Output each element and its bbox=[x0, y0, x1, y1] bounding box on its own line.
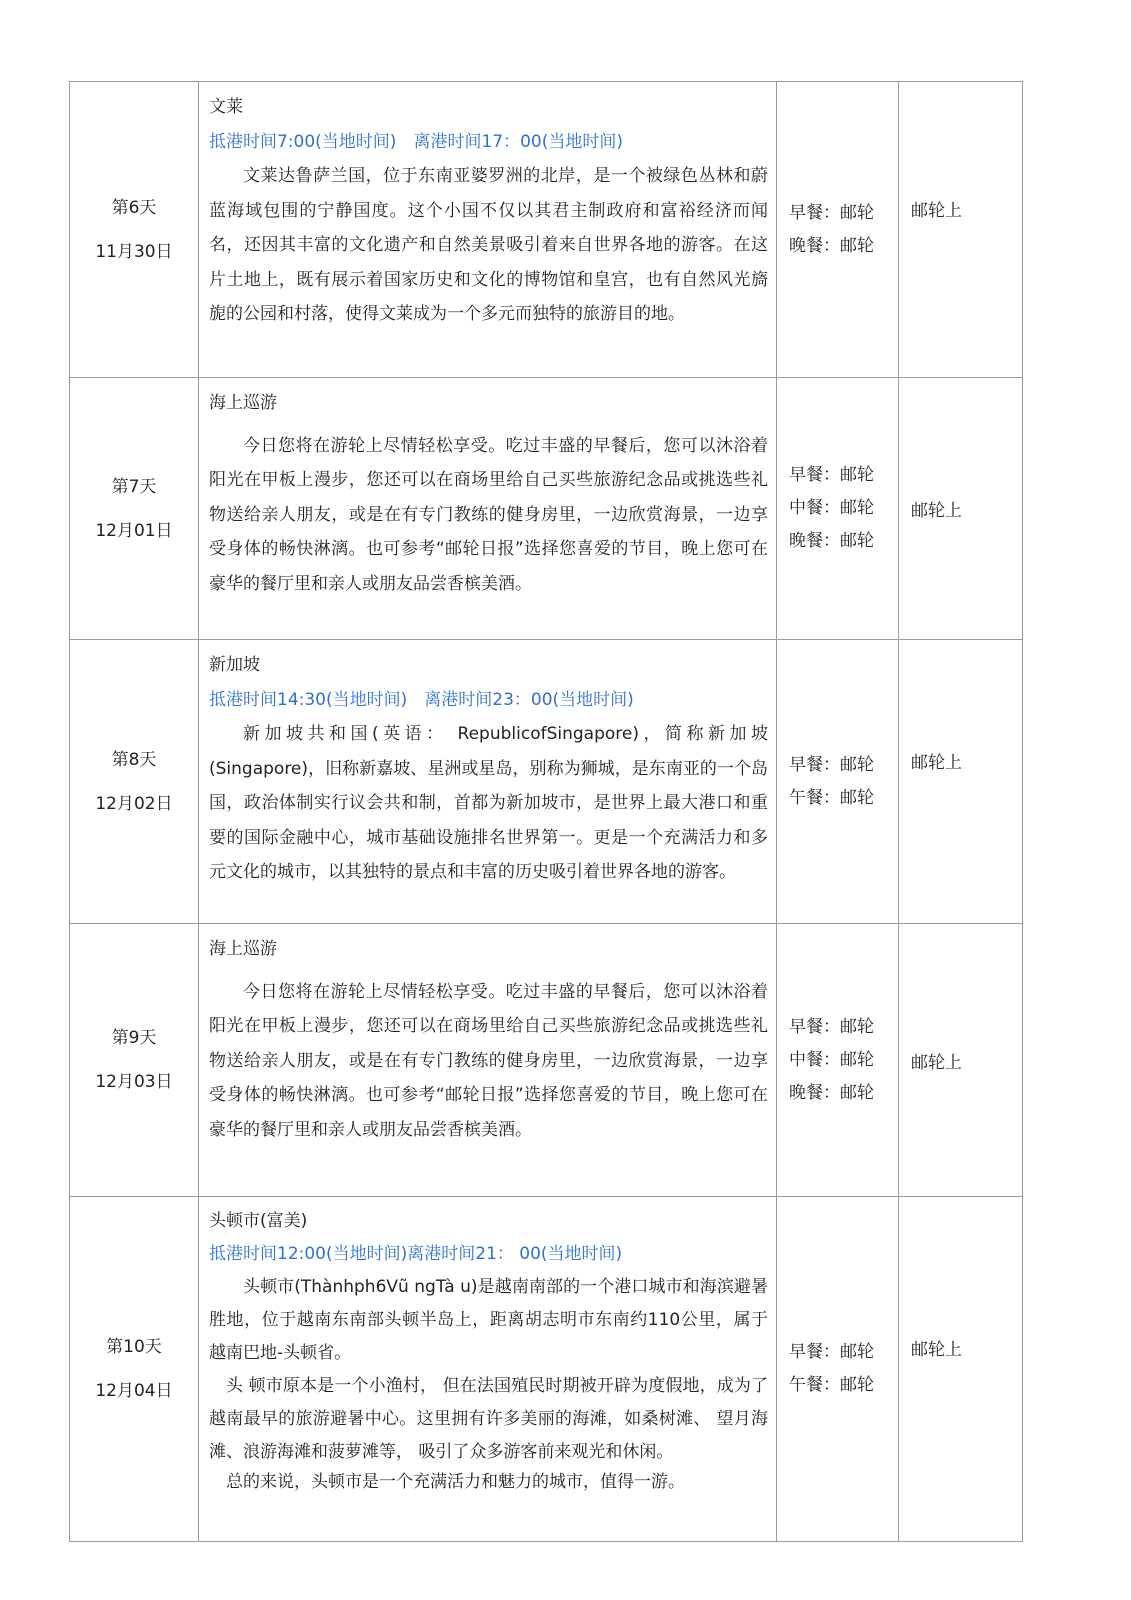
day-label: 第6天 bbox=[70, 186, 198, 230]
meals-cell: 早餐：邮轮 中餐：邮轮 晚餐：邮轮 bbox=[777, 378, 899, 640]
itinerary-table: 第6天 11月30日 文莱 抵港时间7:00(当地时间) 离港时间17：00(当… bbox=[69, 81, 1023, 1542]
day-label: 第8天 bbox=[70, 738, 198, 782]
date-label: 12月04日 bbox=[70, 1369, 198, 1413]
meal-item: 中餐：邮轮 bbox=[789, 492, 898, 525]
day-cell: 第7天 12月01日 bbox=[70, 378, 199, 640]
date-label: 12月03日 bbox=[70, 1060, 198, 1104]
day-cell: 第8天 12月02日 bbox=[70, 640, 199, 924]
port-times: 抵港时间7:00(当地时间) 离港时间17：00(当地时间) bbox=[209, 125, 768, 160]
accommodation-label: 邮轮上 bbox=[911, 748, 1022, 773]
place-name: 头顿市(富美) bbox=[209, 1205, 768, 1238]
description-paragraph: 总的来说，头顿市是一个充满活力和魅力的城市，值得一游。 bbox=[209, 1469, 768, 1495]
day-cell: 第10天 12月04日 bbox=[70, 1197, 199, 1542]
place-name: 文莱 bbox=[209, 90, 768, 125]
description-cell: 文莱 抵港时间7:00(当地时间) 离港时间17：00(当地时间) 文莱达鲁萨兰… bbox=[199, 82, 777, 378]
description-cell: 头顿市(富美) 抵港时间12:00(当地时间)离港时间21： 00(当地时间) … bbox=[199, 1197, 777, 1542]
meals-cell: 早餐：邮轮 晚餐：邮轮 bbox=[777, 82, 899, 378]
meals-cell: 早餐：邮轮 中餐：邮轮 晚餐：邮轮 bbox=[777, 924, 899, 1197]
day-label: 第9天 bbox=[70, 1016, 198, 1060]
meal-item: 早餐：邮轮 bbox=[789, 1336, 898, 1369]
itinerary-page: 第6天 11月30日 文莱 抵港时间7:00(当地时间) 离港时间17：00(当… bbox=[69, 81, 1022, 1542]
day-label: 第7天 bbox=[70, 465, 198, 509]
meal-item: 早餐：邮轮 bbox=[789, 459, 898, 492]
description-paragraph: 今日您将在游轮上尽情轻松享受。吃过丰盛的早餐后，您可以沐浴着阳光在甲板上漫步，您… bbox=[209, 429, 768, 602]
itinerary-row-day6: 第6天 11月30日 文莱 抵港时间7:00(当地时间) 离港时间17：00(当… bbox=[70, 82, 1023, 378]
description-cell: 海上巡游 今日您将在游轮上尽情轻松享受。吃过丰盛的早餐后，您可以沐浴着阳光在甲板… bbox=[199, 378, 777, 640]
date-label: 11月30日 bbox=[70, 230, 198, 274]
day-label: 第10天 bbox=[70, 1325, 198, 1369]
accommodation-cell: 邮轮上 bbox=[899, 82, 1023, 378]
port-times: 抵港时间12:00(当地时间)离港时间21： 00(当地时间) bbox=[209, 1238, 768, 1271]
itinerary-row-day8: 第8天 12月02日 新加坡 抵港时间14:30(当地时间) 离港时间23：00… bbox=[70, 640, 1023, 924]
meal-item: 晚餐：邮轮 bbox=[789, 1077, 898, 1110]
meal-item: 早餐：邮轮 bbox=[789, 1011, 898, 1044]
day-cell: 第9天 12月03日 bbox=[70, 924, 199, 1197]
description-paragraph: 头 顿市原本是一个小渔村， 但在法国殖民时期被开辟为度假地，成为了越南最早的旅游… bbox=[209, 1370, 768, 1469]
date-label: 12月02日 bbox=[70, 782, 198, 826]
day-cell: 第6天 11月30日 bbox=[70, 82, 199, 378]
accommodation-cell: 邮轮上 bbox=[899, 640, 1023, 924]
meal-item: 午餐：邮轮 bbox=[789, 782, 898, 815]
itinerary-row-day9: 第9天 12月03日 海上巡游 今日您将在游轮上尽情轻松享受。吃过丰盛的早餐后，… bbox=[70, 924, 1023, 1197]
description-paragraph: 文莱达鲁萨兰国，位于东南亚婆罗洲的北岸，是一个被绿色丛林和蔚蓝海域包围的宁静国度… bbox=[209, 159, 768, 332]
itinerary-row-day10: 第10天 12月04日 头顿市(富美) 抵港时间12:00(当地时间)离港时间2… bbox=[70, 1197, 1023, 1542]
meal-item: 午餐：邮轮 bbox=[789, 1369, 898, 1402]
meals-cell: 早餐：邮轮 午餐：邮轮 bbox=[777, 1197, 899, 1542]
description-paragraph: 今日您将在游轮上尽情轻松享受。吃过丰盛的早餐后，您可以沐浴着阳光在甲板上漫步，您… bbox=[209, 975, 768, 1148]
meals-cell: 早餐：邮轮 午餐：邮轮 bbox=[777, 640, 899, 924]
port-times: 抵港时间14:30(当地时间) 离港时间23：00(当地时间) bbox=[209, 683, 768, 718]
description-cell: 新加坡 抵港时间14:30(当地时间) 离港时间23：00(当地时间) 新加坡共… bbox=[199, 640, 777, 924]
accommodation-label: 邮轮上 bbox=[911, 1335, 1022, 1360]
accommodation-cell: 邮轮上 bbox=[899, 924, 1023, 1197]
itinerary-row-day7: 第7天 12月01日 海上巡游 今日您将在游轮上尽情轻松享受。吃过丰盛的早餐后，… bbox=[70, 378, 1023, 640]
accommodation-label: 邮轮上 bbox=[911, 496, 1022, 521]
place-name: 新加坡 bbox=[209, 648, 768, 683]
meal-item: 早餐：邮轮 bbox=[789, 197, 898, 230]
date-label: 12月01日 bbox=[70, 509, 198, 553]
meal-item: 中餐：邮轮 bbox=[789, 1044, 898, 1077]
place-name: 海上巡游 bbox=[209, 932, 768, 967]
place-name: 海上巡游 bbox=[209, 386, 768, 421]
description-paragraph: 新加坡共和国(英语： RepublicofSingapore)，简称新加坡(Si… bbox=[209, 717, 768, 890]
accommodation-cell: 邮轮上 bbox=[899, 378, 1023, 640]
accommodation-label: 邮轮上 bbox=[911, 196, 1022, 221]
meal-item: 早餐：邮轮 bbox=[789, 749, 898, 782]
accommodation-label: 邮轮上 bbox=[911, 1048, 1022, 1073]
description-paragraph: 头顿市(Thànhph6Vũ ngTà u)是越南南部的一个港口城市和海滨避暑胜… bbox=[209, 1271, 768, 1370]
description-cell: 海上巡游 今日您将在游轮上尽情轻松享受。吃过丰盛的早餐后，您可以沐浴着阳光在甲板… bbox=[199, 924, 777, 1197]
meal-item: 晚餐：邮轮 bbox=[789, 525, 898, 558]
meal-item: 晚餐：邮轮 bbox=[789, 230, 898, 263]
accommodation-cell: 邮轮上 bbox=[899, 1197, 1023, 1542]
